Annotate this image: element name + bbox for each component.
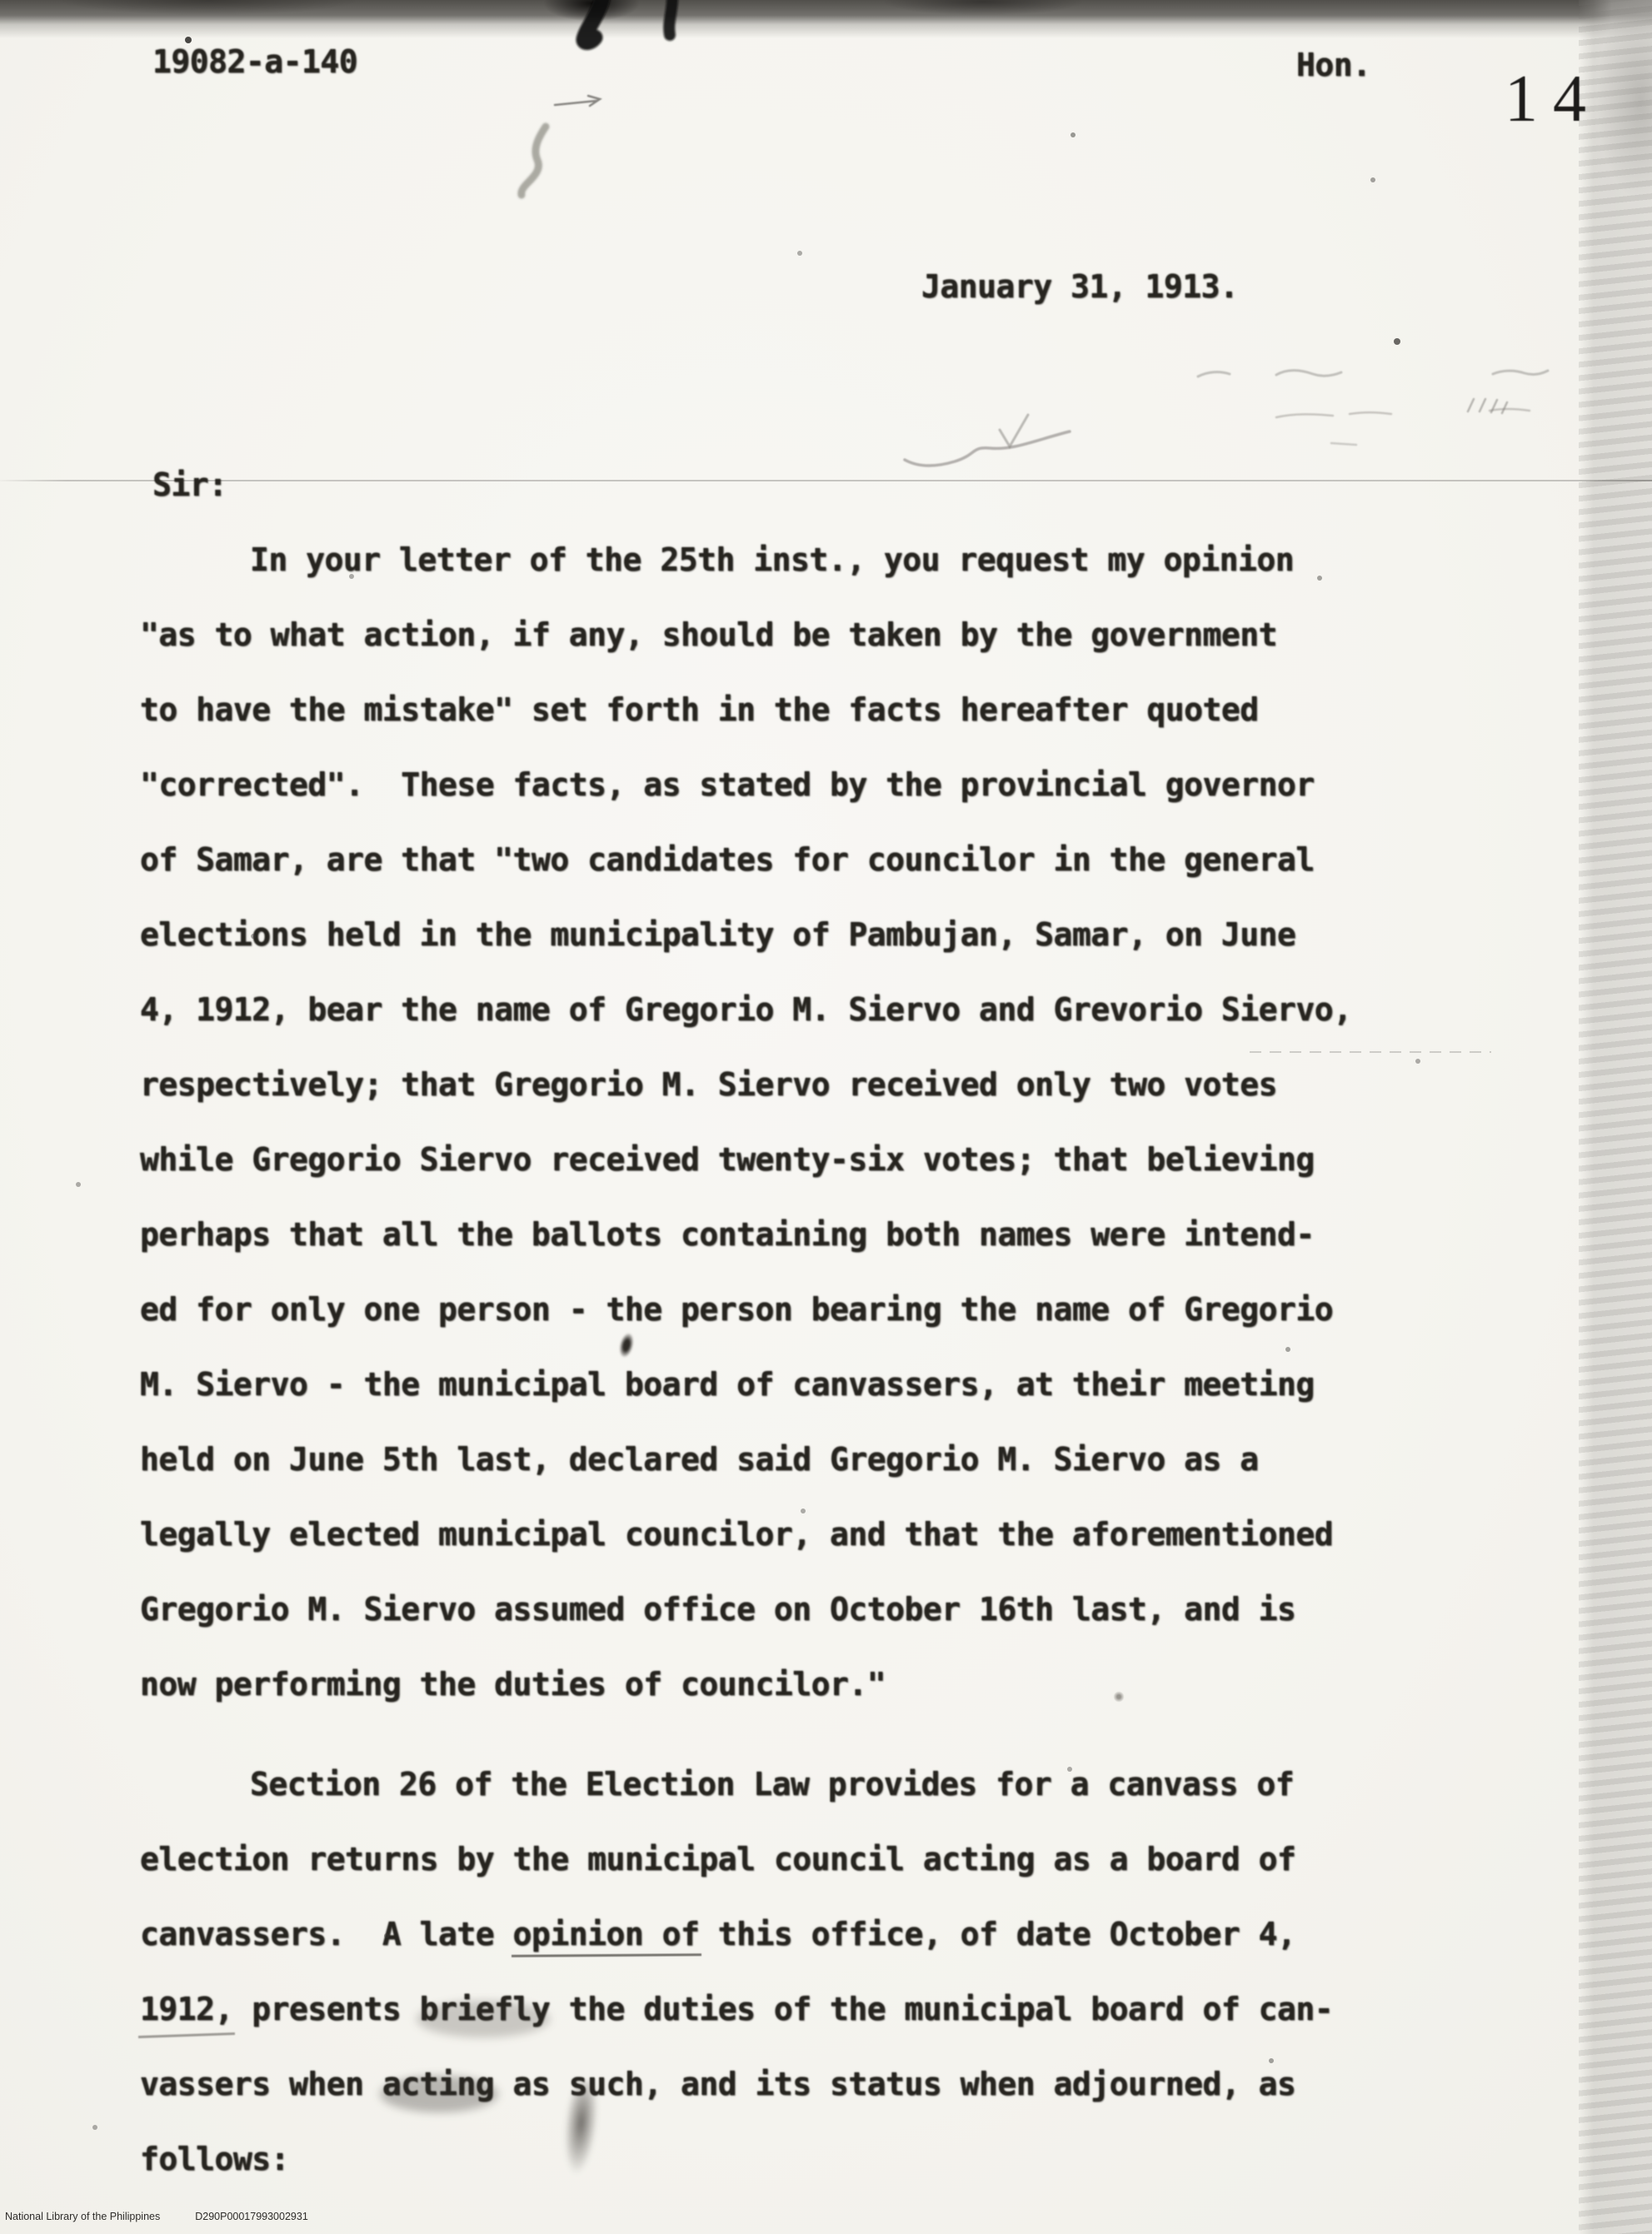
pencil-squiggle-mark	[905, 431, 1070, 466]
scan-footer: National Library of the Philippines D290…	[5, 2211, 308, 2222]
pencil-arrow-mark	[555, 96, 600, 106]
typed-line: M. Siervo - the municipal board of canva…	[140, 1364, 1440, 1439]
typed-line: ed for only one person - the person bear…	[140, 1289, 1440, 1364]
typed-line: "as to what action, if any, should be ta…	[140, 615, 1440, 690]
typed-line: Gregorio M. Siervo assumed office on Oct…	[140, 1589, 1440, 1664]
library-name: National Library of the Philippines	[5, 2211, 160, 2222]
paper-specks	[0, 0, 3, 3]
typed-line: election returns by the municipal counci…	[140, 1839, 1440, 1914]
pencil-scribble-row	[1198, 371, 1548, 376]
addressee-abbreviation: Hon.	[1296, 47, 1371, 83]
typed-line: perhaps that all the ballots containing …	[140, 1214, 1440, 1289]
typed-line: held on June 5th last, declared said Gre…	[140, 1439, 1440, 1514]
ink-smudge-mark	[522, 127, 546, 195]
scan-code: D290P00017993002931	[195, 2211, 308, 2222]
horizontal-crease-line	[0, 480, 1652, 481]
typed-line: while Gregorio Siervo received twenty-si…	[140, 1139, 1440, 1214]
typed-line: 1912, presents briefly the duties of the…	[140, 1989, 1440, 2064]
typed-line: In your letter of the 25th inst., you re…	[140, 540, 1440, 615]
typed-line: 4, 1912, bear the name of Gregorio M. Si…	[140, 990, 1440, 1065]
overstrike-blot	[380, 2076, 498, 2112]
overstrike-blot	[417, 2001, 550, 2037]
salutation: Sir:	[152, 466, 227, 503]
pencil-tick-marks	[1468, 399, 1507, 413]
typed-line: Section 26 of the Election Law provides …	[140, 1764, 1440, 1839]
paragraph-1: In your letter of the 25th inst., you re…	[140, 540, 1440, 1739]
page-number-stamp: 14	[1505, 62, 1601, 137]
typed-line: now performing the duties of councilor."	[140, 1664, 1440, 1739]
typed-line: legally elected municipal councilor, and…	[140, 1514, 1440, 1589]
typed-line: to have the mistake" set forth in the fa…	[140, 690, 1440, 765]
date-line: January 31, 1913.	[921, 268, 1238, 305]
pencil-dash-marks	[1276, 409, 1530, 417]
typed-line: respectively; that Gregorio M. Siervo re…	[140, 1065, 1440, 1139]
typed-line: vassers when acting as such, and its sta…	[140, 2064, 1440, 2139]
typed-line: of Samar, are that "two candidates for c…	[140, 840, 1440, 915]
typed-line: elections held in the municipality of Pa…	[140, 915, 1440, 990]
pencil-dash-mark	[1331, 443, 1356, 445]
faint-asterisk-mark	[1113, 1691, 1125, 1703]
scan-top-edge-shadow	[0, 0, 1652, 38]
scanned-letter-page: 19082-a-140 Hon. 14 January 31, 1913. Si…	[0, 0, 1652, 2234]
file-number: 19082-a-140	[152, 43, 357, 80]
pencil-tick-mark	[1000, 415, 1028, 446]
scan-right-edge-smudge	[1575, 0, 1652, 358]
typed-line: "corrected". These facts, as stated by t…	[140, 765, 1440, 840]
typed-line: canvassers. A late opinion of this offic…	[140, 1914, 1440, 1989]
paragraph-2: Section 26 of the Election Law provides …	[140, 1764, 1440, 2214]
typed-line: follows:	[140, 2139, 1440, 2214]
